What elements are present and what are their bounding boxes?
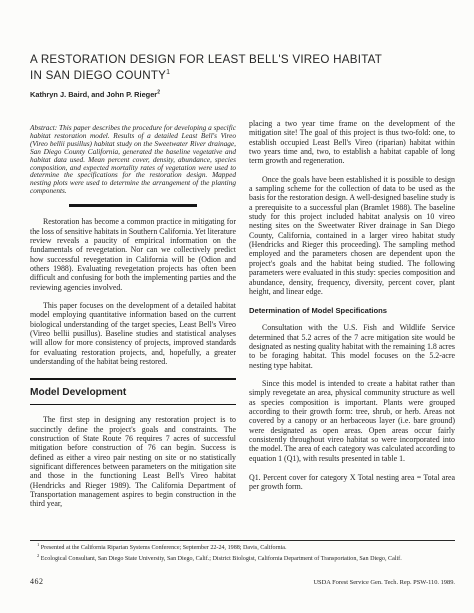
left-column: Abstract: This paper describes the proce… <box>30 124 236 518</box>
footnote-block: 1 Presented at the California Riparian S… <box>30 540 455 566</box>
intro-paragraph-2: This paper focuses on the development of… <box>30 301 236 366</box>
intro-paragraph-1: Restoration has become a common practice… <box>30 217 236 292</box>
section-heading-block: Model Development <box>30 378 236 405</box>
authors-names: Kathryn J. Baird, and John P. Rieger <box>30 90 157 99</box>
sampling-paragraph: Once the goals have been established it … <box>249 175 455 296</box>
footnote-1-marker: 1 <box>37 542 39 547</box>
footnote-2: 2 Ecological Consultant, San Diego State… <box>30 556 455 563</box>
footnote-2-text: Ecological Consultant, San Diego State U… <box>41 556 402 562</box>
report-citation: USDA Forest Service Gen. Tech. Rep. PSW-… <box>313 579 455 586</box>
heading-rule-top <box>30 378 236 380</box>
page-number: 462 <box>30 577 44 586</box>
consultation-paragraph: Consultation with the U.S. Fish and Wild… <box>249 323 455 370</box>
model-development-paragraph-1: The first step in designing any restorat… <box>30 415 236 508</box>
abstract-divider-rule <box>69 204 197 207</box>
section-heading-model-development: Model Development <box>30 387 236 398</box>
title-line-1: A RESTORATION DESIGN FOR LEAST BELL'S VI… <box>30 53 382 66</box>
right-column: placing a two year time frame on the dev… <box>249 119 455 501</box>
continuation-paragraph: placing a two year time frame on the dev… <box>249 119 455 166</box>
equation-q1: Q1. Percent cover for category X Total n… <box>249 473 455 492</box>
title-block: A RESTORATION DESIGN FOR LEAST BELL'S VI… <box>30 52 450 99</box>
authors-footnote-marker: 2 <box>157 90 160 96</box>
heading-rule-bottom <box>30 404 236 405</box>
footnote-separator-rule <box>30 540 455 541</box>
footnote-2-marker: 2 <box>37 553 39 558</box>
title-footnote-marker: 1 <box>166 69 170 76</box>
footnote-1: 1 Presented at the California Riparian S… <box>30 545 455 552</box>
footnote-1-text: Presented at the California Riparian Sys… <box>41 545 287 551</box>
title-line-2: IN SAN DIEGO COUNTY <box>30 69 166 82</box>
abstract-paragraph: Abstract: This paper describes the proce… <box>30 124 236 195</box>
paper-authors: Kathryn J. Baird, and John P. Rieger2 <box>30 90 450 99</box>
paper-title: A RESTORATION DESIGN FOR LEAST BELL'S VI… <box>30 52 450 83</box>
subsection-heading-model-specifications: Determination of Model Specifications <box>249 306 455 315</box>
growth-form-paragraph: Since this model is intended to create a… <box>249 379 455 463</box>
page-footer: 462 USDA Forest Service Gen. Tech. Rep. … <box>30 577 455 586</box>
paper-page: A RESTORATION DESIGN FOR LEAST BELL'S VI… <box>0 0 474 613</box>
